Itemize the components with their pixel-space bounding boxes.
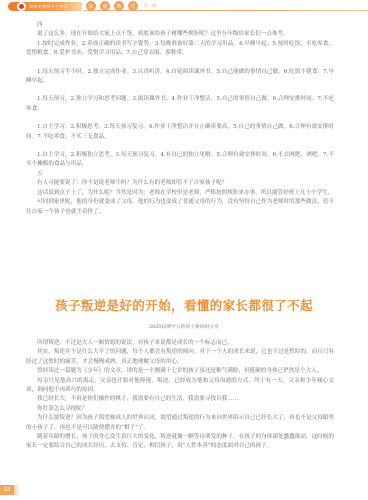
circle-badge: 育 — [128, 1, 138, 11]
article-subtitle: 2020届博学五班刘子豪妈妈分享 — [0, 323, 368, 330]
paragraph: 随着年龄的增长，孩子的身心发生着巨大的变化，叛逆就像一颗等待萌发的种子，在孩子的… — [26, 433, 334, 452]
circle-badge: 家 — [86, 1, 96, 11]
circle-badge: 教 — [114, 1, 124, 11]
grade-list: 1.自主学习。2.积极思考。3.每天预习复习。4.作业干净整洁并且正确率要高。5… — [26, 123, 334, 142]
article-header: 孩子叛逆是好的开始，看懂的家长都很了不起 2020届博学五班刘子豪妈妈分享 — [0, 298, 368, 330]
circle-badge: 庭 — [100, 1, 110, 11]
school-logo-icon — [17, 2, 26, 11]
article-title: 孩子叛逆是好的开始，看懂的家长都很了不起 — [0, 298, 368, 314]
section-heading: 五 — [26, 170, 334, 179]
section-rules: 四 说了这么多，现在开始给大家上点干货，到底该给孩子树哪些规矩呢？这里分年级给家… — [26, 12, 334, 217]
issue-label: 第三期 — [144, 3, 156, 9]
paragraph: 曾经读过一篇题为《少年》的文章，讲的是一个刚满十七岁的孩子虽还是稚气满脸，但挺硬… — [26, 367, 334, 376]
grade-list: 1.自主学习。2.积极独立思考。3.每天预习复习。4.有自己的独立见解。5.合理… — [26, 151, 334, 170]
paragraph: 这话说到点子上了，为什么呢？当然是因为：老师在学校里是老师，严格按照规矩来办事，… — [26, 189, 334, 198]
section-circles: 家 庭 教 育 第三期 — [86, 1, 156, 11]
paragraph: 为什么要叛逆？因为孩子渴望被成人的世界认同，渴望通过叛逆的行为来向世界昭示自己已… — [26, 414, 334, 433]
paragraph: 你打算怎么寻找呢？ — [26, 405, 334, 414]
brand-text: 郑州市第四十七中学 — [29, 4, 68, 10]
brand-banner: 郑州市第四十七中学 — [8, 2, 82, 11]
section-heading: 四 — [26, 21, 334, 30]
paragraph: 母亲只见他高兴的离走，父亲也开始对他仰视，叛逆，已经成为他和父母沟通的方式，终于… — [26, 377, 334, 396]
grade-list: 1.每天预习。2.独立学习和思考问题。3.阅读课外书。4.作业干净整洁。5.自己… — [26, 95, 334, 114]
article-body: 所谓叛逆，不过是大人一厢情愿的说法，对孩子来说都是成长的一个标志而已。 其实，叛… — [26, 339, 334, 452]
intro-paragraph: 说了这么多，现在开始给大家上点干货，到底该给孩子树哪些规矩呢？这里分年级给家长们… — [26, 30, 334, 39]
paragraph: 有人可能要说了：你不是说老师牛吗？为什么有的老师却管不了自家孩子呢？ — [26, 179, 334, 188]
paragraph: 所谓叛逆，不过是大人一厢情愿的说法，对孩子来说都是成长的一个标志而已。 — [26, 339, 334, 348]
grade-list: 1.按时完成作业。2.养成正确的读书写字姿势。3.每晚准备好第二天的学习用品。4… — [26, 40, 334, 59]
page-number-fade — [14, 485, 20, 495]
paragraph: 我已经长大，不再是你们操控的棋子，我需要有自己的生活，我需要寻找自我…… — [26, 395, 334, 404]
paragraph: 可回到家里呢，他的身份就变成了父母，他的行为也变成了普通父母的行为，没有坚持自己… — [26, 198, 334, 217]
page-number: 03 — [0, 485, 14, 495]
grade-list: 1.每天预习半小时。2.独立完成作业。3.认真听讲。4.自觉阅读课外书。5.自己… — [26, 68, 334, 87]
paragraph: 其实，叛逆并不是什么大不了的问题，每个人都会有叛逆的倾向。对于一个人的成长来说，… — [26, 348, 334, 367]
